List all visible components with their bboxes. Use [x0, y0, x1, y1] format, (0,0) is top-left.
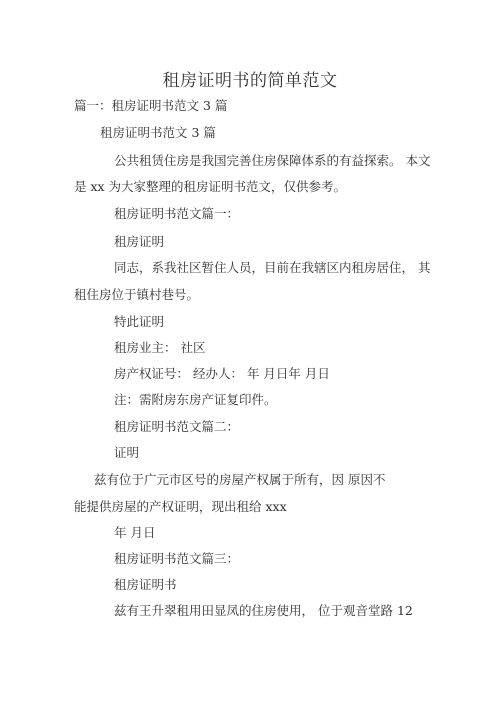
paragraph-line: 兹有王升翠租用田显凤的住房使用， 位于观音堂路 12	[114, 603, 413, 619]
document-page: 租房证明书的简单范文 篇一：租房证明书范文 3 篇 租房证明书范文 3 篇 公共…	[0, 0, 500, 708]
paragraph-line: 能提供房屋的产权证明，现出租给 xxx	[74, 499, 287, 515]
document-title: 租房证明书的简单范文	[0, 66, 500, 91]
sample-heading-3: 租房证明书范文篇三：	[114, 551, 239, 567]
paragraph-line: 同志，系我社区暂住人员，目前在我辖区内租房居住， 其	[114, 260, 430, 276]
certificate-title: 证明	[114, 445, 139, 461]
paragraph-line: 兹有位于广元市区号的房屋产权属于所有，因 原因不	[94, 472, 385, 488]
section-heading: 篇一：租房证明书范文 3 篇	[74, 98, 227, 114]
sample-heading-2: 租房证明书范文篇二：	[114, 419, 239, 435]
landlord-line: 租房业主： 社区	[114, 340, 205, 356]
certificate-title: 租房证明	[114, 234, 164, 250]
date-line: 年 月日	[114, 525, 155, 541]
paragraph-line: 特此证明	[114, 314, 164, 330]
note-line: 注：需附房东房产证复印件。	[114, 392, 277, 408]
paragraph-line: 租住房位于镇村巷号。	[74, 287, 199, 303]
paragraph-line: 公共租赁住房是我国完善住房保障体系的有益探索。 本文	[114, 153, 430, 169]
sample-heading-1: 租房证明书范文篇一：	[114, 206, 239, 222]
property-cert-line: 房产权证号： 经办人： 年 月日年 月日	[114, 366, 330, 382]
paragraph-line: 是 xx 为大家整理的租房证明书范文，仅供参考。	[74, 179, 346, 195]
subheading: 租房证明书范文 3 篇	[100, 125, 216, 141]
certificate-title: 租房证明书	[114, 577, 177, 593]
